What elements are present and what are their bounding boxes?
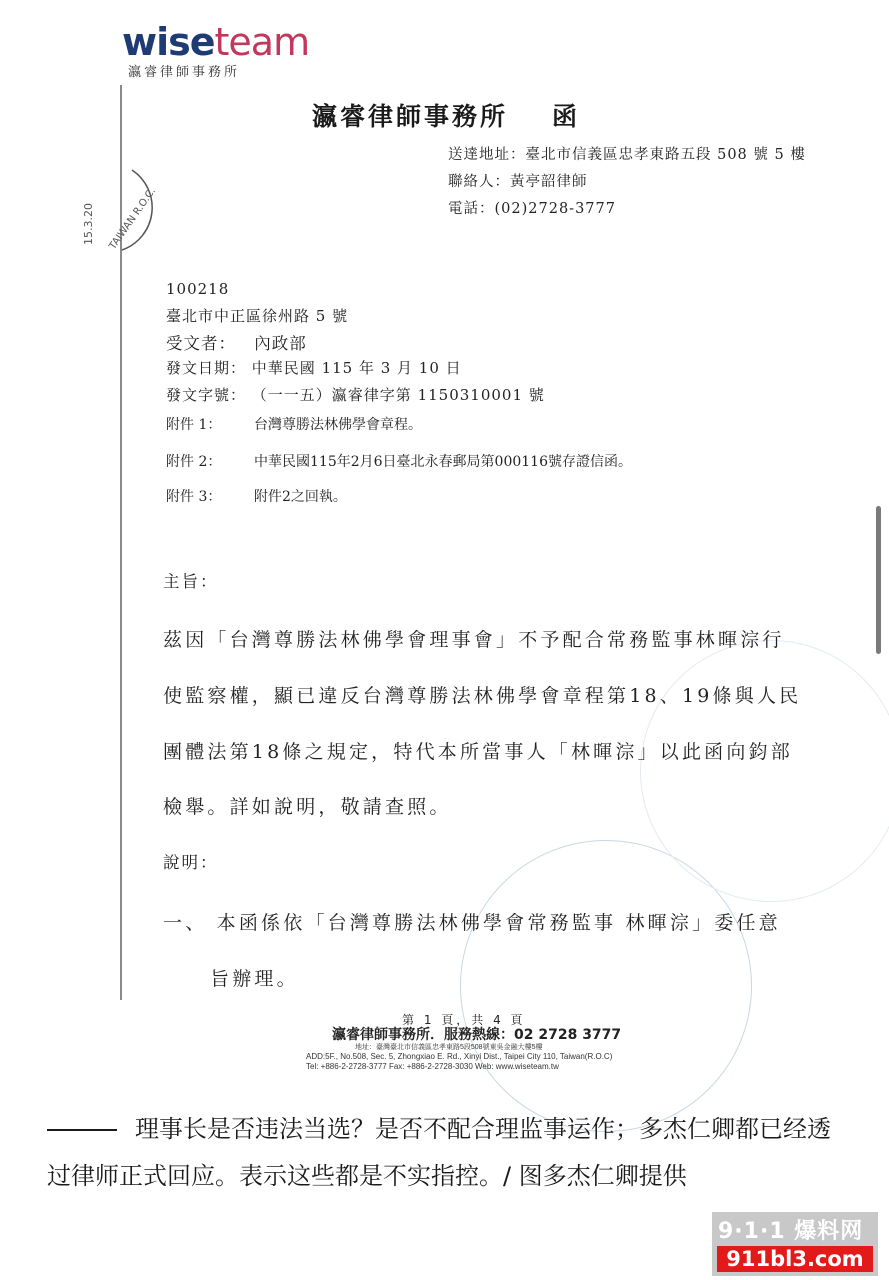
explanation-heading: 說明： bbox=[163, 849, 219, 873]
attachment-item: 附件 1：台灣尊勝法林佛學會章程。 bbox=[166, 414, 422, 434]
receiver-value: 內政部 bbox=[254, 334, 307, 353]
postmark-stamp-icon: 15.3.20 TAIWAN R.O.C. bbox=[62, 150, 172, 260]
caption-text: 理事长是否违法当选？是否不配合理监事运作；多杰仁卿都已经透过律师正式回应。表示这… bbox=[47, 1115, 831, 1190]
firm-logo: wiseteam bbox=[122, 20, 309, 64]
subject-line: 茲因「台灣尊勝法林佛學會理事會」不予配合常務監事林暉淙行 bbox=[163, 625, 785, 652]
footer-address-zh: 地址：臺灣臺北市信義區忠孝東路5段508號東吳金融大樓5樓 bbox=[355, 1042, 542, 1052]
site-badge-top: 9·1·1 爆料网 bbox=[718, 1214, 863, 1245]
postal-code: 100218 bbox=[166, 280, 229, 298]
phone-number: 電話：(02)2728-3777 bbox=[448, 197, 616, 218]
explanation-line: 一、 本函係依「台灣尊勝法林佛學會常務監事 林暉淙」委任意 bbox=[163, 908, 781, 935]
vertical-scrollbar[interactable] bbox=[876, 506, 881, 654]
site-badge-domain: 911bl3.com bbox=[717, 1246, 873, 1272]
date-value: 中華民國 115 年 3 月 10 日 bbox=[252, 359, 462, 377]
title-firm: 瀛睿律師事務所 bbox=[312, 102, 508, 131]
footer-hotline: 瀛睿律師事務所．服務熱線：02 2728 3777 bbox=[332, 1024, 621, 1044]
attachment-label: 附件 1： bbox=[166, 414, 254, 434]
date-label: 發文日期： bbox=[166, 357, 246, 378]
footer-contact: Tel: +886-2-2728-3777 Fax: +886-2-2728-3… bbox=[306, 1062, 559, 1071]
ref-value: （一一五）瀛睿律字第 1150310001 號 bbox=[252, 386, 545, 404]
ref-row: 發文字號： （一一五）瀛睿律字第 1150310001 號 bbox=[166, 384, 545, 405]
watermark-circle bbox=[640, 640, 889, 902]
stamp-date: 15.3.20 bbox=[82, 203, 95, 245]
attachment-label: 附件 2： bbox=[166, 451, 254, 471]
site-watermark-badge: 9·1·1 爆料网 911bl3.com bbox=[712, 1212, 878, 1276]
subject-line: 使監察權，顯已違反台灣尊勝法林佛學會章程第18、19條與人民 bbox=[163, 681, 801, 708]
footer-address-en: ADD:5F., No.508, Sec. 5, Zhongxiao E. Rd… bbox=[306, 1052, 612, 1061]
attachment-text: 台灣尊勝法林佛學會章程。 bbox=[254, 417, 422, 433]
receiver-row: 受文者： 內政部 bbox=[166, 330, 307, 354]
image-caption: 理事长是否违法当选？是否不配合理监事运作；多杰仁卿都已经透过律师正式回应。表示这… bbox=[47, 1106, 847, 1200]
ref-label: 發文字號： bbox=[166, 384, 246, 405]
logo-subtitle: 瀛睿律師事務所 bbox=[128, 61, 240, 80]
receiver-label: 受文者： bbox=[166, 330, 236, 354]
subject-line: 團體法第18條之規定，特代本所當事人「林暉淙」以此函向鈞部 bbox=[163, 737, 793, 764]
document-title: 瀛睿律師事務所函 bbox=[312, 97, 580, 133]
contact-person: 聯絡人：黃亭韶律師 bbox=[448, 170, 588, 191]
logo-team-text: team bbox=[215, 20, 310, 64]
attachment-item: 附件 2：中華民國115年2月6日臺北永春郵局第000116號存證信函。 bbox=[166, 451, 632, 471]
title-suffix: 函 bbox=[552, 102, 580, 131]
attachment-item: 附件 3：附件2之回執。 bbox=[166, 486, 347, 506]
caption-dash bbox=[47, 1129, 117, 1131]
subject-heading: 主旨： bbox=[163, 568, 219, 592]
attachment-label: 附件 3： bbox=[166, 486, 254, 506]
recipient-address: 臺北市中正區徐州路 5 號 bbox=[166, 305, 348, 326]
sender-address: 送達地址：臺北市信義區忠孝東路五段 508 號 5 樓 bbox=[448, 143, 806, 164]
attachment-text: 附件2之回執。 bbox=[254, 489, 347, 505]
logo-wise-text: wise bbox=[122, 20, 215, 64]
attachment-text: 中華民國115年2月6日臺北永春郵局第000116號存證信函。 bbox=[254, 454, 632, 470]
explanation-line: 旨辦理。 bbox=[210, 964, 299, 991]
subject-line: 檢舉。詳如說明，敬請查照。 bbox=[163, 792, 452, 819]
date-row: 發文日期： 中華民國 115 年 3 月 10 日 bbox=[166, 357, 462, 378]
